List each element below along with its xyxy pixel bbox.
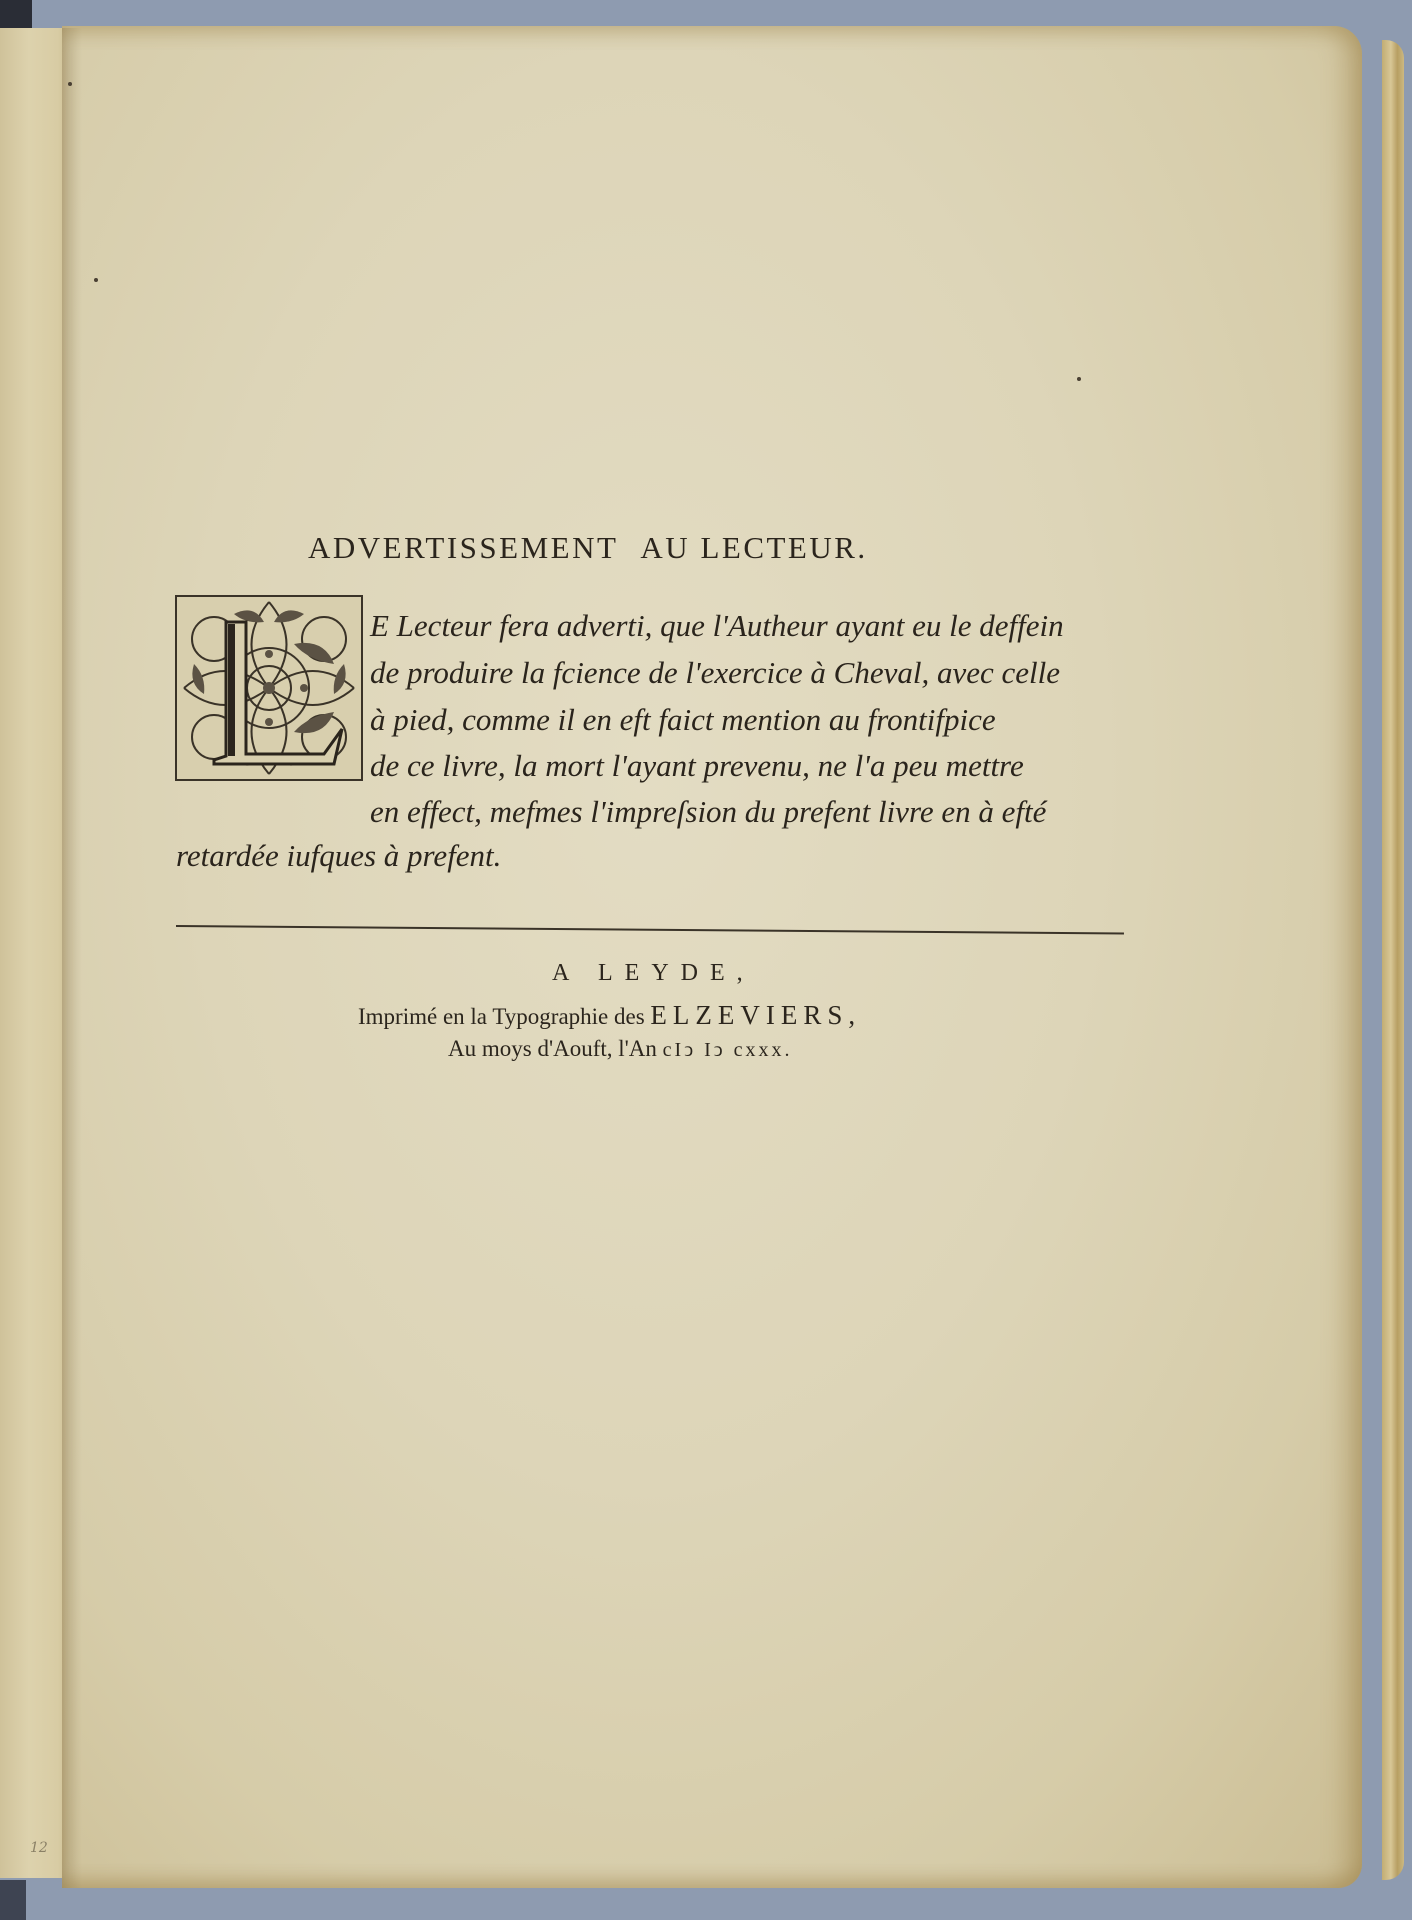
background-dark-corner-bottom (0, 1880, 26, 1920)
body-text-line-5: en effect, mefmes l'impreſsion du prefen… (370, 794, 1046, 830)
decorated-dropcap-l-icon (174, 594, 364, 782)
gutter-shadow (62, 28, 82, 1888)
imprint-date-line: Au moys d'Aouft, l'An cIↄ Iↄ cxxx. (448, 1036, 792, 1062)
body-text-line-4: de ce livre, la mort l'ayant prevenu, ne… (370, 748, 1024, 784)
background-dark-corner (0, 0, 32, 30)
body-text-line-3: à pied, comme il en eft faict mention au… (370, 702, 996, 738)
imprint-printer-name: ELZEVIERS, (650, 1000, 861, 1030)
body-text-line-1: E Lecteur fera adverti, que l'Autheur ay… (370, 608, 1064, 644)
body-text-line-6: retardée iufques à prefent. (176, 838, 501, 874)
folio-number: 12 (30, 1840, 48, 1856)
heading-au-lecteur: AU LECTEUR. (640, 530, 867, 565)
imprint-place: A LEYDE, (552, 960, 755, 987)
imprint-date-prefix: Au moys d'Aouft, l'An (448, 1036, 657, 1061)
paper-speck (1077, 377, 1081, 381)
imprint-printer-line: Imprimé en la Typographie des ELZEVIERS, (358, 1000, 861, 1031)
page-fore-edge (1382, 40, 1404, 1880)
body-text-line-2: de produire la fcience de l'exercice à C… (370, 655, 1060, 691)
page-heading: ADVERTISSEMENTAU LECTEUR. (308, 530, 1028, 566)
book-page (62, 26, 1362, 1888)
paper-speck (68, 82, 72, 86)
heading-advertissement: ADVERTISSEMENT (308, 530, 618, 565)
imprint-printer-prefix: Imprimé en la Typographie des (358, 1004, 645, 1029)
paper-speck (94, 278, 98, 282)
imprint-date-year: cIↄ Iↄ cxxx. (663, 1039, 793, 1061)
